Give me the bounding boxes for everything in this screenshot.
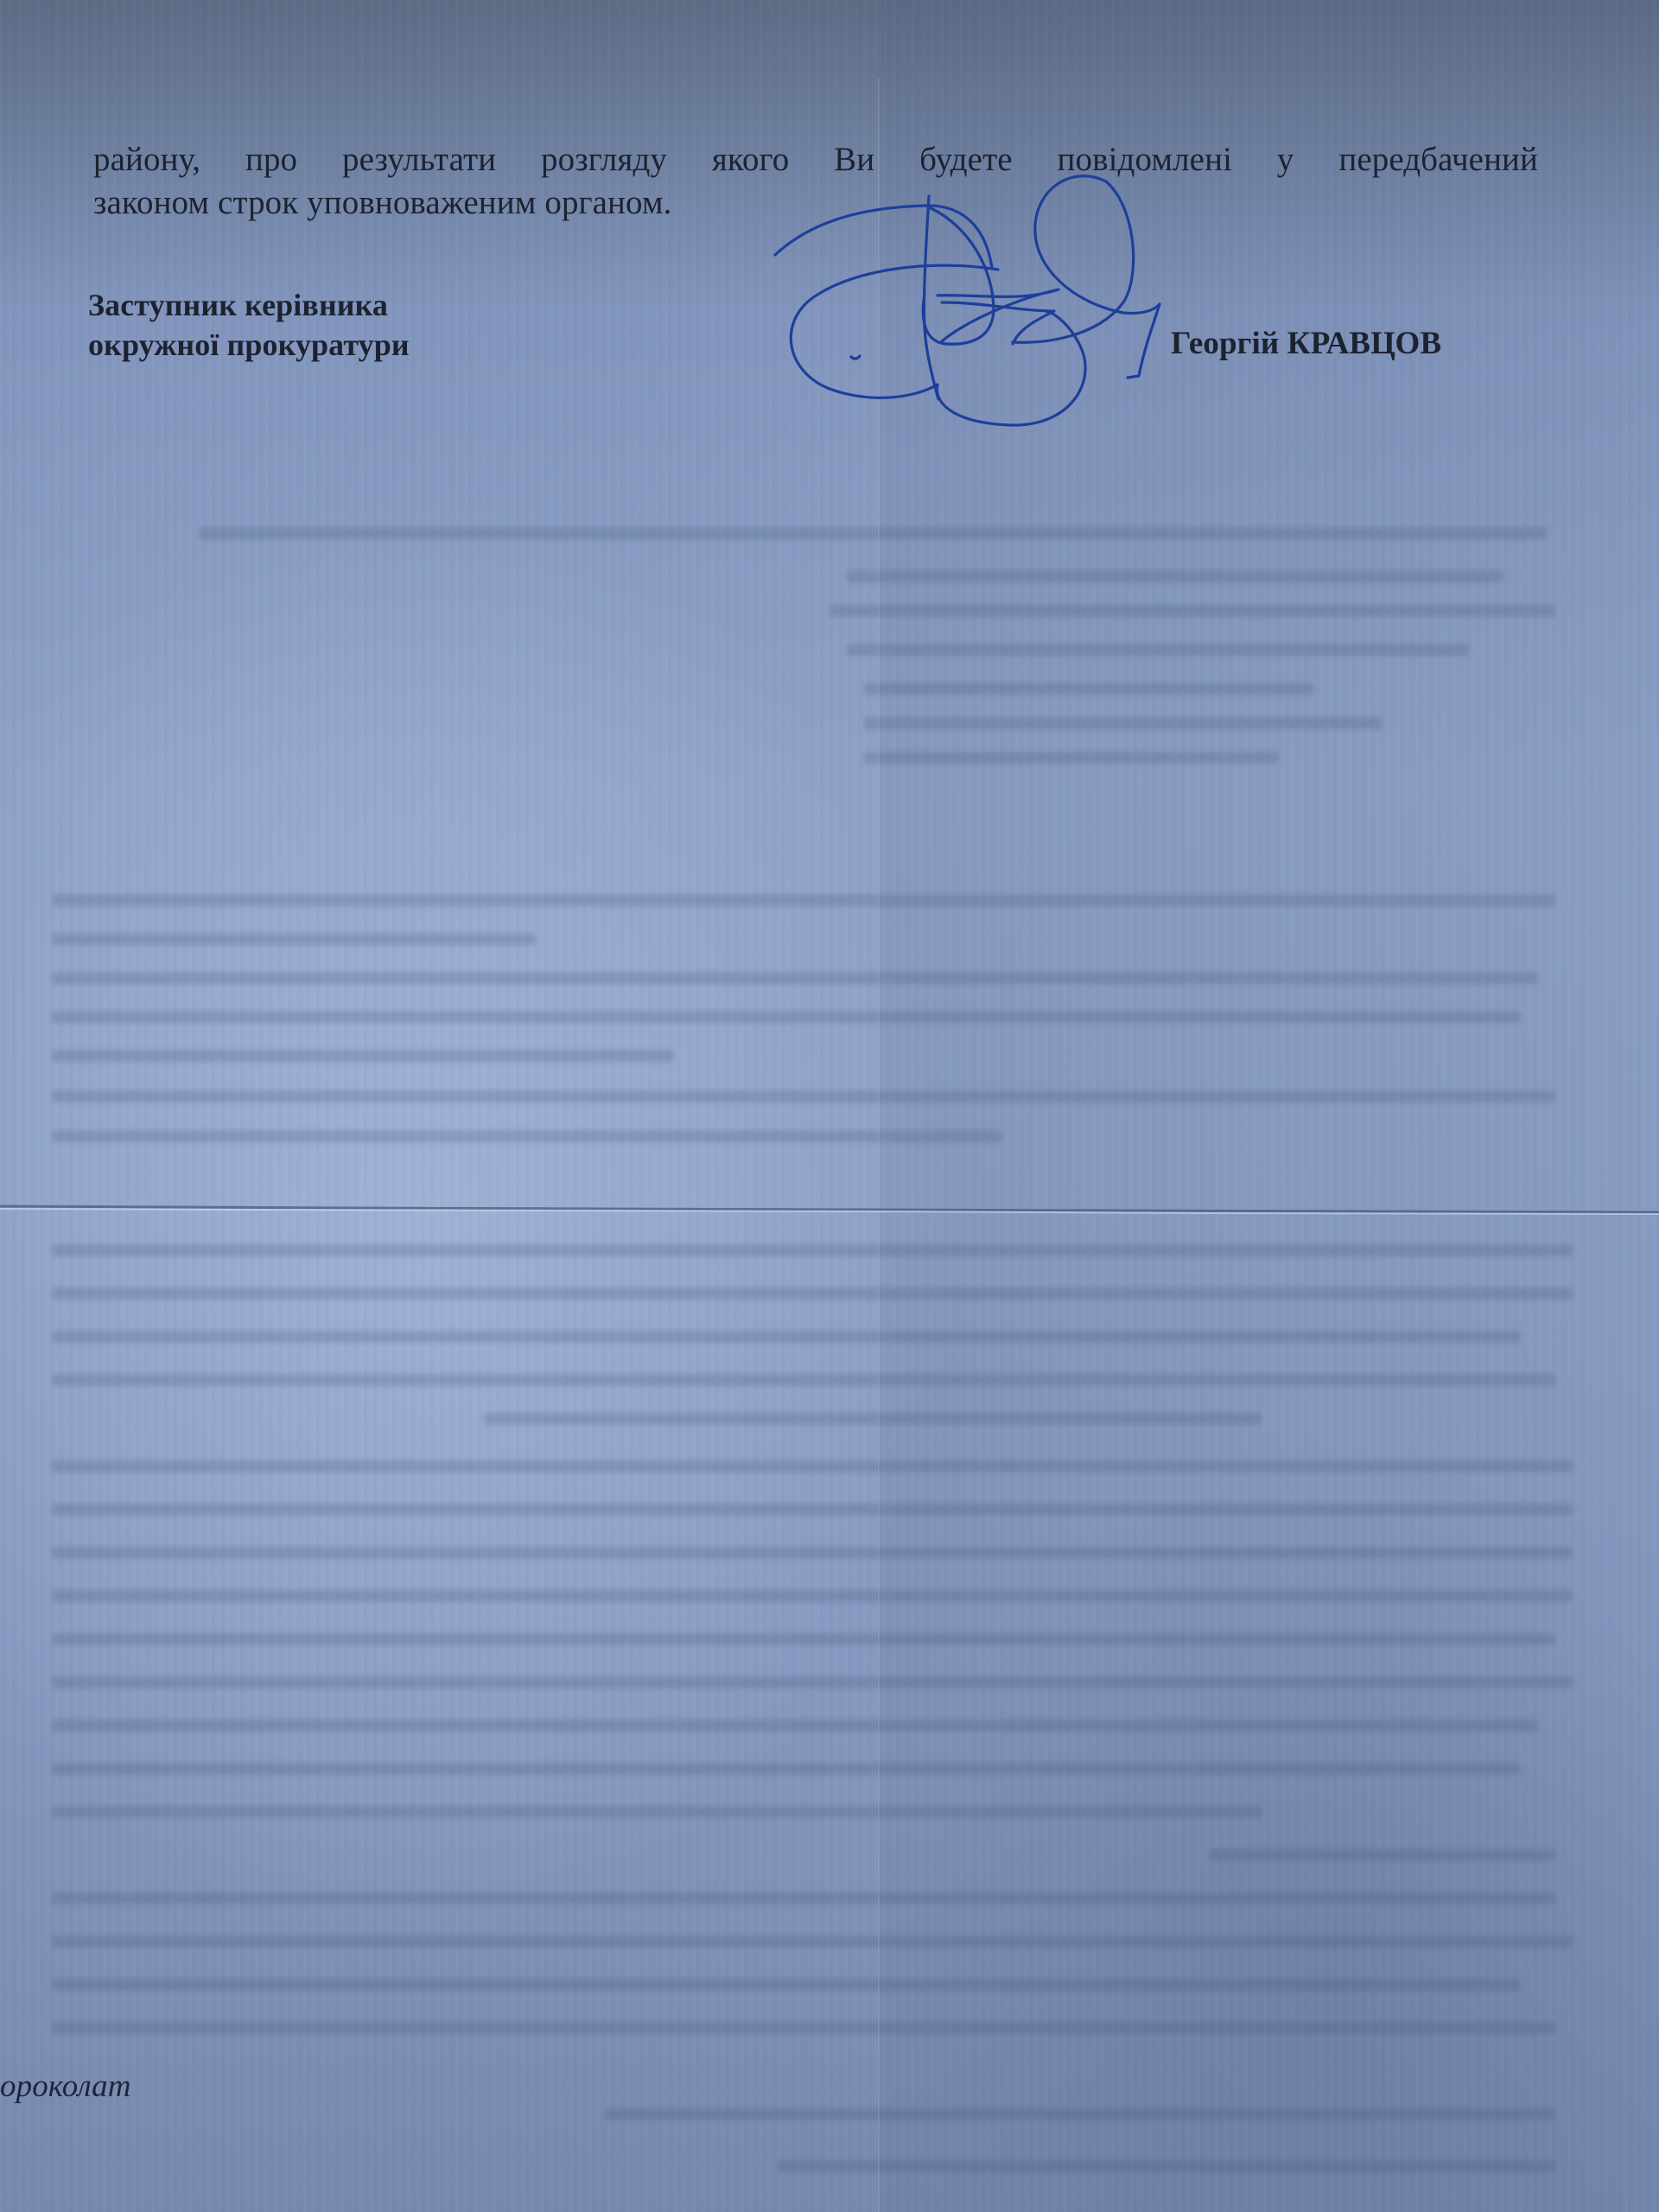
paper-fold-horizontal: [0, 1203, 1659, 1215]
signer-position-title: Заступник керівника окружної прокуратури: [88, 285, 410, 365]
signer-position-title-line-2: окружної прокуратури: [88, 325, 410, 365]
signer-position-title-line-1: Заступник керівника: [88, 285, 410, 325]
footer-text-fragment: ороколат: [0, 2065, 131, 2108]
signer-name: Георгій КРАВЦОВ: [1171, 324, 1441, 364]
handwritten-signature-icon: [760, 173, 1175, 432]
